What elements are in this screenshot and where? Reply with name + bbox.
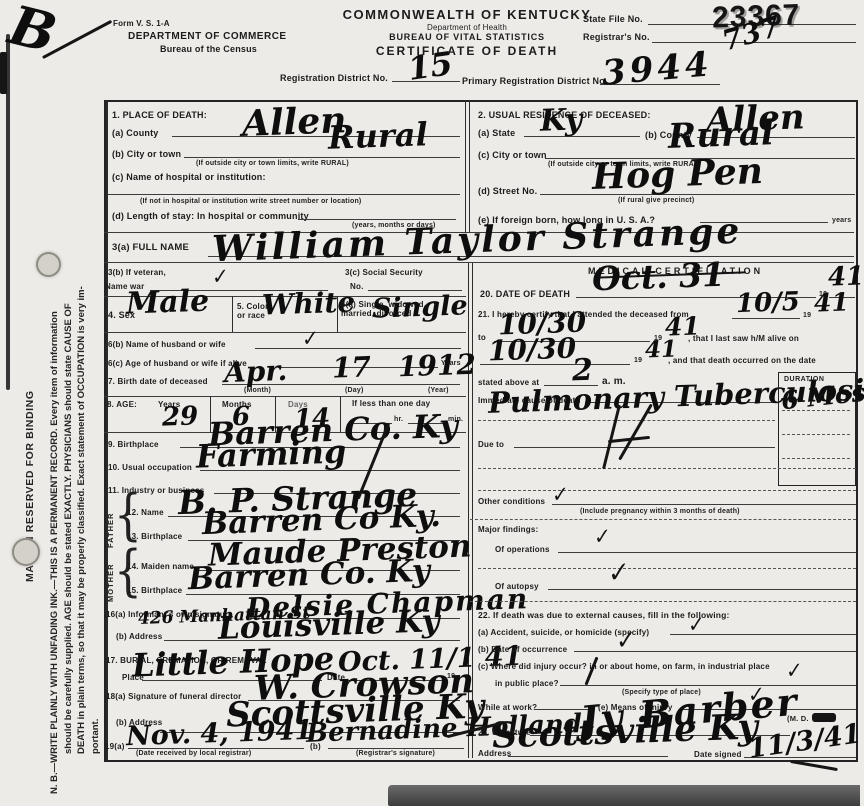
father-name-label: 12. Name [127,508,164,517]
blank-line [478,568,856,569]
section-divider [470,519,856,520]
major-findings-label: Major findings: [478,525,538,534]
veteran-checkmark: ✓ [212,264,229,287]
sec1-stay-label: (d) Length of stay: In hospital or commu… [112,211,309,221]
autopsy-label: Of autopsy [495,582,539,591]
birthdate-day-note: (Day) [345,387,364,394]
age-box-top [104,396,466,397]
section-divider [470,601,856,602]
cell-divider [232,296,233,332]
duration-line [782,410,850,411]
ss-label: 3(c) Social Security [345,268,423,277]
department-line: DEPARTMENT OF COMMERCE [128,31,287,43]
occupation-label: 10. Usual occupation [108,463,192,472]
injury-where-label: (c) Where did injury occur? in or about … [478,662,770,671]
dueto-line [514,447,775,448]
occurrence-label: (b) Date of occurrence [478,645,567,654]
certify-line3: , and that death occurred on the date [668,356,816,365]
cause-line2 [478,420,775,421]
dod-value: Oct. 31 [591,258,725,296]
registration-district-value: 15 [406,47,455,85]
received-date-value: Nov. 4, 1941 [126,717,314,751]
sec2-state-value: Ky [539,105,582,136]
margin-nb-line4: portant. [89,114,103,794]
other-conditions-checkmark: ✓ [552,482,569,505]
birthdate-year: 1912 [398,351,477,382]
autopsy-line [548,589,856,590]
blank-line [478,490,856,491]
fullname-label: 3(a) FULL NAME [112,243,189,254]
margin-nb-line2: should be carefully supplied. AGE should… [62,114,76,794]
sec2-foreign-suffix: years [832,217,851,224]
registration-district-label: Registration District No. [280,73,388,83]
mother-name-label: 14. Maiden name [127,562,194,571]
birthdate-day: 17 [332,353,372,382]
bureau-line: Bureau of the Census [160,44,257,54]
physician-addr-value: Scottsville Ky [491,709,758,753]
sec1-hospital-line [108,194,460,195]
occupation-value: Farming [195,435,346,472]
primary-district-value: 3944 [601,47,714,91]
accident-checkmark: ✓ [688,612,705,635]
to-label: to [478,333,486,342]
sec1-city-value: Rural [327,118,428,153]
birthdate-month-note: (Month) [244,387,271,394]
age-years-value: 29 [162,403,199,430]
mother-bp-label: 15. Birthplace [127,586,182,595]
sec2-street-value: Hog Pen [591,153,763,195]
scan-artifact-bar [388,785,860,806]
birthdate-year-note: (Year) [428,387,449,394]
husband-label: 6(b) Name of husband or wife [108,340,226,349]
veteran-label: 3(b) If veteran, [108,268,166,277]
sec1-hospital-note: (If not in hospital or institution write… [140,198,361,205]
occurrence-checkmark: ✓ [616,626,636,654]
registrar-sig-line [328,748,464,749]
dueto-label: Due to [478,440,504,449]
margin-nb-line3: DEATH in plain terms, so that it may be … [75,114,89,794]
primary-district-label: Primary Registration District No. [462,76,608,86]
sec2-street-note: (If rural give precinct) [618,197,694,204]
sec1-city-label: (b) City or town [112,149,181,159]
autopsy-checkmark: ✓ [608,558,629,588]
other-conditions-note: (Include pregnancy within 3 months of de… [580,508,740,515]
at-work-label: While at work? [478,703,537,712]
form-number: Form V. S. 1-A [113,19,170,28]
from-year-prefix: 19 [803,312,811,319]
date-signed-label: Date signed [694,750,742,759]
scan-edge-blob [0,52,7,94]
other-conditions-label: Other conditions [478,497,545,506]
sec2-city-value: Rural [667,116,774,154]
from-year-value: 41 [814,289,850,315]
operations-line [558,552,856,553]
sec1-county-label: (a) County [112,128,159,138]
marital-value: Single [372,292,469,322]
certify-line2: , that I last saw h/M alive on [688,334,799,343]
informant-addr-label: (b) Address [116,632,162,641]
sec1-city-line [184,157,460,158]
column-divider-top [465,100,470,232]
sec1-title: 1. PLACE OF DEATH: [112,110,207,120]
received-label: 19(a) [105,742,125,751]
attended-from-value: 10/5 [736,289,801,317]
margin-nb-line1: N. B.—WRITE PLAINLY WITH UNFADING INK.—T… [48,114,62,794]
row-line [104,332,466,333]
md-note: (M. D. [787,714,809,723]
funeral-label: 18(a) Signature of funeral director [106,692,241,701]
lastsaw-value: 10/30 [488,334,577,365]
lastsaw-year-prefix: 19 [634,357,642,364]
ink-blot [812,713,836,722]
age-less-label: If less than one day [352,399,430,408]
sec1-city-note: (If outside city or town limits, write R… [196,160,349,167]
cell-divider [337,296,338,332]
state-file-label: State File No. [583,14,643,24]
duration-line [782,458,850,459]
sec2-street-label: (d) Street No. [478,186,537,196]
hole-punch [36,252,61,277]
death-certificate-document: B MARGIN RESERVED FOR BINDING N. B.—WRIT… [0,0,864,806]
certificate-title: CERTIFICATE OF DEATH [292,45,642,59]
registrar-no-label: Registrar's No. [583,32,650,42]
sec2-state-label: (a) State [478,128,515,138]
operations-label: Of operations [495,545,550,554]
duration-line [782,434,850,435]
registrar-sig-note: (Registrar's signature) [356,750,435,757]
margin-nb-note: N. B.—WRITE PLAINLY WITH UNFADING INK.—T… [48,114,102,794]
other-conditions-line [552,504,856,505]
sec2-city-label: (c) City or town [478,150,547,160]
age-label: 8. AGE: [107,400,137,409]
physician-addr-line [508,756,668,757]
sex-value: Male [126,287,210,320]
birthplace-label: 9. Birthplace [108,440,159,449]
injury-public-label: in public place? [495,679,559,688]
dod-label: 20. DATE OF DEATH [480,289,570,299]
operations-checkmark: ✓ [594,524,611,547]
blank-line [478,468,856,469]
hole-punch [12,538,40,566]
husband-checkmark: ✓ [302,326,319,349]
birthdate-label: 7. Birth date of deceased [108,377,208,386]
received-note: (Date received by local registrar) [136,750,251,757]
birthdate-month: Apr. [224,357,288,387]
sec1-hospital-label: (c) Name of hospital or institution: [112,172,266,182]
